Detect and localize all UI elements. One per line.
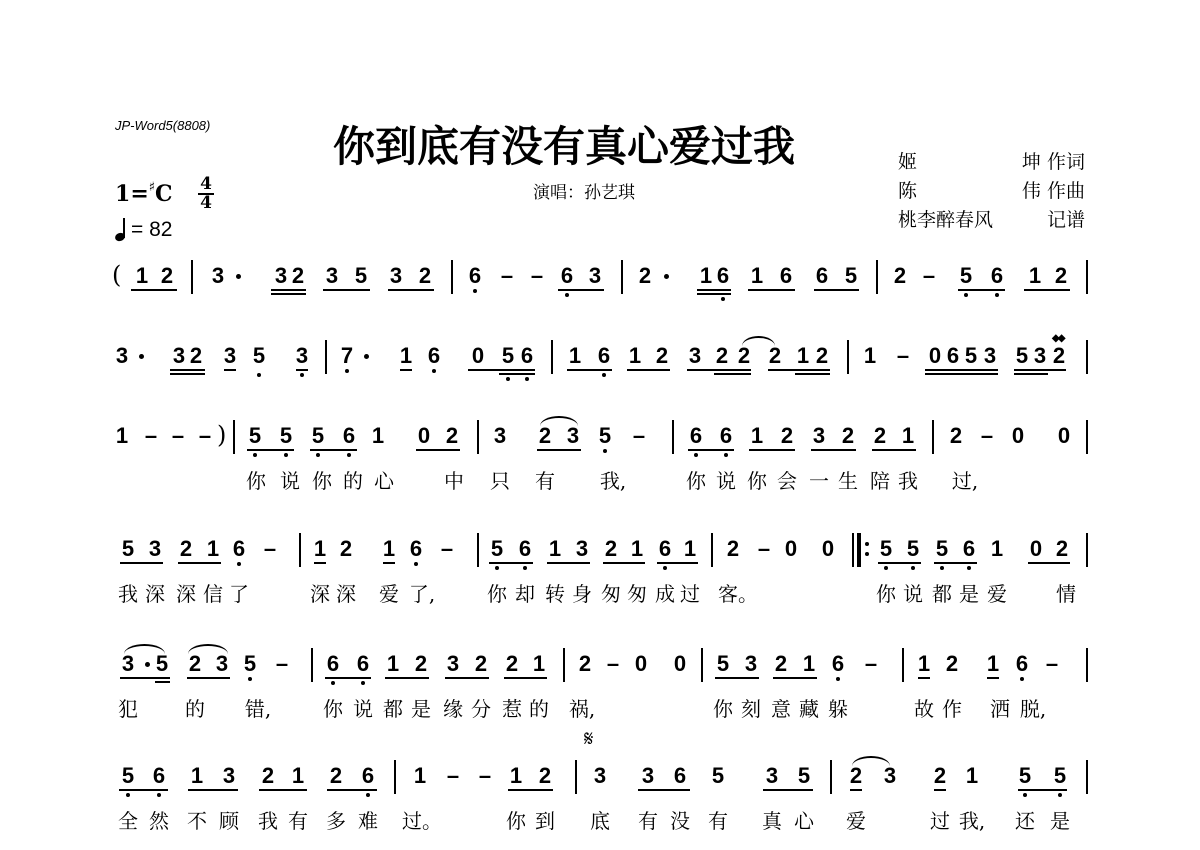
lyric-char: 到: [535, 805, 555, 834]
barline: [1086, 533, 1088, 567]
dash-extension: –: [633, 425, 645, 447]
lyric-char: 你: [246, 465, 266, 494]
beam-underline: [547, 562, 590, 564]
barline: [451, 260, 453, 294]
beam-underline: [383, 562, 395, 564]
credit-name-b: 伟: [1022, 180, 1041, 202]
octave-down-dot: [414, 562, 418, 566]
beam-underline: [400, 369, 412, 371]
note: 5: [253, 345, 265, 367]
note: 6: [521, 345, 533, 367]
dash-extension: –: [1046, 653, 1058, 675]
note: 3: [884, 765, 896, 787]
octave-down-dot: [721, 297, 725, 301]
note: 2: [769, 345, 781, 367]
repeat-barline-thin: [852, 533, 854, 567]
dash-extension: –: [276, 653, 288, 675]
software-label: JP-Word5(8808): [115, 118, 210, 133]
barline: [1086, 648, 1088, 682]
lyric-char: 我,: [600, 465, 626, 494]
note: 1: [987, 653, 999, 675]
note: 3: [173, 345, 185, 367]
note: 1: [387, 653, 399, 675]
beam-underline: [537, 449, 581, 451]
note: 3: [576, 538, 588, 560]
note: 2: [506, 653, 518, 675]
note: 3: [594, 765, 606, 787]
lyric-char: 了,: [409, 578, 435, 607]
octave-down-dot: [602, 373, 606, 377]
lyric-char: 说: [353, 693, 373, 722]
note: 2: [656, 345, 668, 367]
note: 2: [894, 265, 906, 287]
note: 3: [212, 265, 224, 287]
beam-underline: [715, 677, 759, 679]
note: 2: [189, 653, 201, 675]
dash-extension: –: [501, 265, 513, 287]
note: 5: [880, 538, 892, 560]
segno-icon: 𝄋: [584, 727, 593, 752]
note: 2: [1055, 265, 1067, 287]
note: 1: [700, 265, 712, 287]
slur-arc: [124, 644, 165, 654]
beam-underline: [155, 681, 170, 683]
note: 3: [216, 653, 228, 675]
lyric-char: 祸,: [569, 693, 595, 722]
note: 2: [475, 653, 487, 675]
note: 1: [918, 653, 930, 675]
quarter-note-icon: [115, 219, 127, 241]
beam-underline: [296, 369, 308, 371]
note: 2: [292, 265, 304, 287]
barline: [191, 260, 193, 294]
beam-underline: [310, 449, 357, 451]
barline: [1086, 340, 1088, 374]
lyric-char: 真: [762, 805, 782, 834]
octave-down-dot: [347, 453, 351, 457]
note: 5: [845, 265, 857, 287]
note: 0: [635, 653, 647, 675]
augmentation-dot: [139, 354, 144, 359]
augmentation-dot: [145, 662, 150, 667]
lyric-char: 还: [1015, 805, 1035, 834]
octave-down-dot: [316, 453, 320, 457]
lyric-char: 难: [358, 805, 378, 834]
octave-down-dot: [911, 566, 915, 570]
credit-transcriber: 桃李醉春风 记谱: [898, 206, 1085, 235]
octave-down-dot: [432, 369, 436, 373]
lyric-char: 全: [118, 805, 138, 834]
octave-down-dot: [1023, 793, 1027, 797]
barline: [233, 420, 235, 454]
beam-underline: [445, 677, 489, 679]
note: 0: [1030, 538, 1042, 560]
lyric-char: 藏: [799, 693, 819, 722]
note: 1: [372, 425, 384, 447]
octave-down-dot: [523, 566, 527, 570]
lyric-char: 深: [336, 578, 356, 607]
barline: [551, 340, 553, 374]
beam-underline: [323, 289, 370, 291]
note: 2: [415, 653, 427, 675]
note: 5: [280, 425, 292, 447]
note: 6: [717, 265, 729, 287]
note: 6: [519, 538, 531, 560]
barline: [299, 533, 301, 567]
note: 5: [907, 538, 919, 560]
note: 5: [156, 653, 168, 675]
lyric-char: 是: [1050, 805, 1070, 834]
dash-extension: –: [897, 345, 909, 367]
barline: [563, 648, 565, 682]
beam-underline: [934, 562, 977, 564]
lyric-char: 作: [942, 693, 962, 722]
beam-underline: [697, 289, 731, 291]
note: 3: [567, 425, 579, 447]
turn-ornament-icon: ◆◆: [1052, 333, 1063, 344]
lyric-char: 刻: [741, 693, 761, 722]
beam-underline: [638, 789, 690, 791]
note: 2: [446, 425, 458, 447]
octave-down-dot: [237, 562, 241, 566]
note: 1: [549, 538, 561, 560]
dash-extension: –: [607, 653, 619, 675]
note: 5: [244, 653, 256, 675]
octave-down-dot: [300, 373, 304, 377]
beam-underline: [120, 562, 163, 564]
note: 6: [357, 653, 369, 675]
beam-underline: [188, 789, 238, 791]
lyric-char: 心: [794, 805, 814, 834]
beam-underline: [388, 289, 434, 291]
note: 6: [816, 265, 828, 287]
barline: [1086, 260, 1088, 294]
note: 3: [813, 425, 825, 447]
lyric-char: 爱: [987, 578, 1007, 607]
dash-extension: –: [264, 538, 276, 560]
lyric-char: 身: [572, 578, 592, 607]
octave-down-dot: [565, 293, 569, 297]
barline: [621, 260, 623, 294]
lyric-char: 转: [545, 578, 565, 607]
beam-underline: [187, 677, 230, 679]
note: 5: [122, 765, 134, 787]
note: 1: [116, 425, 128, 447]
lyric-char: 过。: [402, 805, 442, 834]
credit-role: 作词: [1047, 151, 1085, 173]
lyric-char: 爱: [379, 578, 399, 607]
lyric-char: 没: [670, 805, 690, 834]
beam-underline: [714, 369, 751, 371]
note: 6: [561, 265, 573, 287]
note: 3: [224, 345, 236, 367]
slur-arc: [852, 756, 890, 766]
credit-role: 记谱: [1047, 206, 1085, 235]
note: 2: [850, 765, 862, 787]
octave-down-dot: [884, 566, 888, 570]
lyric-char: 脱,: [1020, 693, 1046, 722]
note: 3: [689, 345, 701, 367]
note: 3: [766, 765, 778, 787]
note: 5: [798, 765, 810, 787]
octave-down-dot: [1020, 677, 1024, 681]
lyric-char: 故: [914, 693, 934, 722]
note: 1: [314, 538, 326, 560]
octave-down-dot: [525, 377, 529, 381]
note: 5: [122, 538, 134, 560]
octave-down-dot: [995, 293, 999, 297]
beam-underline: [499, 369, 535, 371]
beam-underline: [131, 289, 177, 291]
barline: [1086, 760, 1088, 794]
beam-underline: [763, 789, 813, 791]
octave-down-dot: [940, 566, 944, 570]
beam-underline: [1014, 373, 1048, 375]
beam-underline: [688, 449, 734, 451]
note: 2: [934, 765, 946, 787]
beam-underline: [489, 562, 533, 564]
credit-name-b: 坤: [1022, 151, 1041, 173]
dash-extension: –: [865, 653, 877, 675]
octave-down-dot: [506, 377, 510, 381]
beam-underline: [795, 373, 830, 375]
lyric-char: 分: [471, 693, 491, 722]
lyric-char: 情: [1056, 578, 1076, 607]
key-equals: =: [130, 181, 148, 207]
note: 5: [1016, 345, 1028, 367]
lyric-char: 深: [145, 578, 165, 607]
note: 2: [579, 653, 591, 675]
note: 2: [639, 265, 651, 287]
octave-down-dot: [157, 793, 161, 797]
note: 2: [946, 653, 958, 675]
dash-extension: –: [447, 765, 459, 787]
beam-underline: [697, 293, 731, 295]
barline: [394, 760, 396, 794]
octave-down-dot: [694, 453, 698, 457]
time-top: 4: [200, 176, 212, 193]
beam-underline: [918, 677, 930, 679]
note: 2: [180, 538, 192, 560]
lyric-char: 我: [118, 578, 138, 607]
lyric-char: 过,: [952, 465, 978, 494]
beam-underline: [925, 373, 998, 375]
lyric-char: 缘: [443, 693, 463, 722]
note: 0: [472, 345, 484, 367]
lyric-char: 你: [686, 465, 706, 494]
lyric-char: 爱: [846, 805, 866, 834]
lyric-char: 我,: [959, 805, 985, 834]
beam-underline: [872, 449, 916, 451]
beam-underline: [1024, 289, 1070, 291]
octave-down-dot: [495, 566, 499, 570]
lyric-char: 你: [747, 465, 767, 494]
lyric-char: 的: [343, 465, 363, 494]
dash-extension: –: [981, 425, 993, 447]
note: 1: [414, 765, 426, 787]
note: 2: [419, 265, 431, 287]
octave-down-dot: [126, 793, 130, 797]
note: 6: [1016, 653, 1028, 675]
lyric-char: 你: [323, 693, 343, 722]
barline: [325, 340, 327, 374]
beam-underline: [749, 449, 795, 451]
beam-underline: [314, 562, 326, 564]
note: 5: [355, 265, 367, 287]
note: 6: [947, 345, 959, 367]
lyric-char: 的: [529, 693, 549, 722]
beam-underline: [416, 449, 460, 451]
note: 6: [153, 765, 165, 787]
tempo-marking: = 82: [115, 218, 172, 242]
beam-underline: [934, 789, 946, 791]
credit-name-a: 陈: [898, 177, 917, 206]
beam-underline: [987, 677, 999, 679]
note: 0: [418, 425, 430, 447]
note: 3: [390, 265, 402, 287]
credits-block: 姬 坤 作词 陈 伟 作曲 桃李醉春风 记谱: [898, 148, 1085, 235]
beam-underline: [657, 562, 698, 564]
lyric-char: 说: [903, 578, 923, 607]
beam-underline: [1028, 562, 1070, 564]
note: 6: [598, 345, 610, 367]
note: 5: [712, 765, 724, 787]
note: 1: [510, 765, 522, 787]
note: 2: [738, 345, 750, 367]
lyric-char: 是: [411, 693, 431, 722]
beam-underline: [327, 789, 377, 791]
credit-name-a: 桃李醉春风: [898, 206, 993, 235]
lyric-char: 我: [898, 465, 918, 494]
beam-underline: [795, 369, 830, 371]
beam-underline: [567, 369, 612, 371]
note: 1: [902, 425, 914, 447]
note: 0: [929, 345, 941, 367]
note: 5: [965, 345, 977, 367]
note: 1: [751, 265, 763, 287]
octave-down-dot: [284, 453, 288, 457]
dash-extension: –: [145, 425, 157, 447]
note: 6: [343, 425, 355, 447]
note: 3: [296, 345, 308, 367]
beam-underline: [224, 369, 236, 371]
slur-arc: [540, 416, 578, 426]
note: 5: [599, 425, 611, 447]
note: 2: [781, 425, 793, 447]
beam-underline: [247, 449, 294, 451]
lyric-char: 说: [280, 465, 300, 494]
octave-down-dot: [361, 681, 365, 685]
lyric-char: 会: [777, 465, 797, 494]
lyric-char: 是: [959, 578, 979, 607]
lyric-char: 有: [288, 805, 308, 834]
note: 1: [797, 345, 809, 367]
octave-down-dot: [967, 566, 971, 570]
note: 6: [469, 265, 481, 287]
octave-down-dot: [663, 566, 667, 570]
augmentation-dot: [364, 354, 369, 359]
beam-underline: [504, 677, 547, 679]
note: 3: [642, 765, 654, 787]
tempo-bpm: 82: [149, 218, 172, 242]
barline: [830, 760, 832, 794]
lyric-char: 的: [185, 693, 205, 722]
note: 1: [207, 538, 219, 560]
note: 6: [674, 765, 686, 787]
note: 2: [262, 765, 274, 787]
beam-underline: [178, 562, 221, 564]
lyric-char: 匆: [627, 578, 647, 607]
credit-role: 作曲: [1047, 180, 1085, 202]
note: 6: [690, 425, 702, 447]
barline: [701, 648, 703, 682]
lyric-char: 多: [326, 805, 346, 834]
note: 3: [122, 653, 134, 675]
lyric-char: 只: [490, 465, 510, 494]
lyric-char: 你: [876, 578, 896, 607]
note: 2: [161, 265, 173, 287]
close-parenthesis: ): [217, 421, 226, 449]
octave-down-dot: [253, 453, 257, 457]
note: 3: [223, 765, 235, 787]
note: 0: [674, 653, 686, 675]
lyric-char: 都: [932, 578, 952, 607]
slur-arc: [742, 336, 775, 346]
note: 3: [275, 265, 287, 287]
note: 1: [569, 345, 581, 367]
note: 5: [502, 345, 514, 367]
octave-down-dot: [836, 677, 840, 681]
barline: [311, 648, 313, 682]
barline: [575, 760, 577, 794]
slur-arc: [188, 644, 228, 654]
beam-underline: [878, 562, 921, 564]
lyric-char: 信: [203, 578, 223, 607]
octave-down-dot: [473, 289, 477, 293]
beam-underline: [850, 789, 862, 791]
credit-name-a: 姬: [898, 148, 917, 177]
note: 1: [1029, 265, 1041, 287]
beam-underline: [558, 289, 604, 291]
note: 2: [330, 765, 342, 787]
note: 5: [936, 538, 948, 560]
note: 2: [874, 425, 886, 447]
barline: [672, 420, 674, 454]
lyric-char: 惹: [502, 693, 522, 722]
time-signature: 4 4: [198, 176, 214, 212]
dash-extension: –: [441, 538, 453, 560]
note: 1: [684, 538, 696, 560]
augmentation-dot: [664, 274, 669, 279]
note: 2: [340, 538, 352, 560]
open-parenthesis: (: [112, 261, 121, 289]
key-degree: 1: [115, 181, 130, 207]
note: 6: [720, 425, 732, 447]
note: 6: [963, 538, 975, 560]
dash-extension: –: [199, 425, 211, 447]
lyric-char: 洒: [990, 693, 1010, 722]
note: 6: [991, 265, 1003, 287]
beam-underline: [170, 373, 205, 375]
note: 2: [950, 425, 962, 447]
note: 6: [233, 538, 245, 560]
note: 3: [326, 265, 338, 287]
lyric-char: 中: [444, 465, 464, 494]
lyric-char: 说: [716, 465, 736, 494]
note: 5: [1019, 765, 1031, 787]
note: 3: [116, 345, 128, 367]
barline: [477, 420, 479, 454]
